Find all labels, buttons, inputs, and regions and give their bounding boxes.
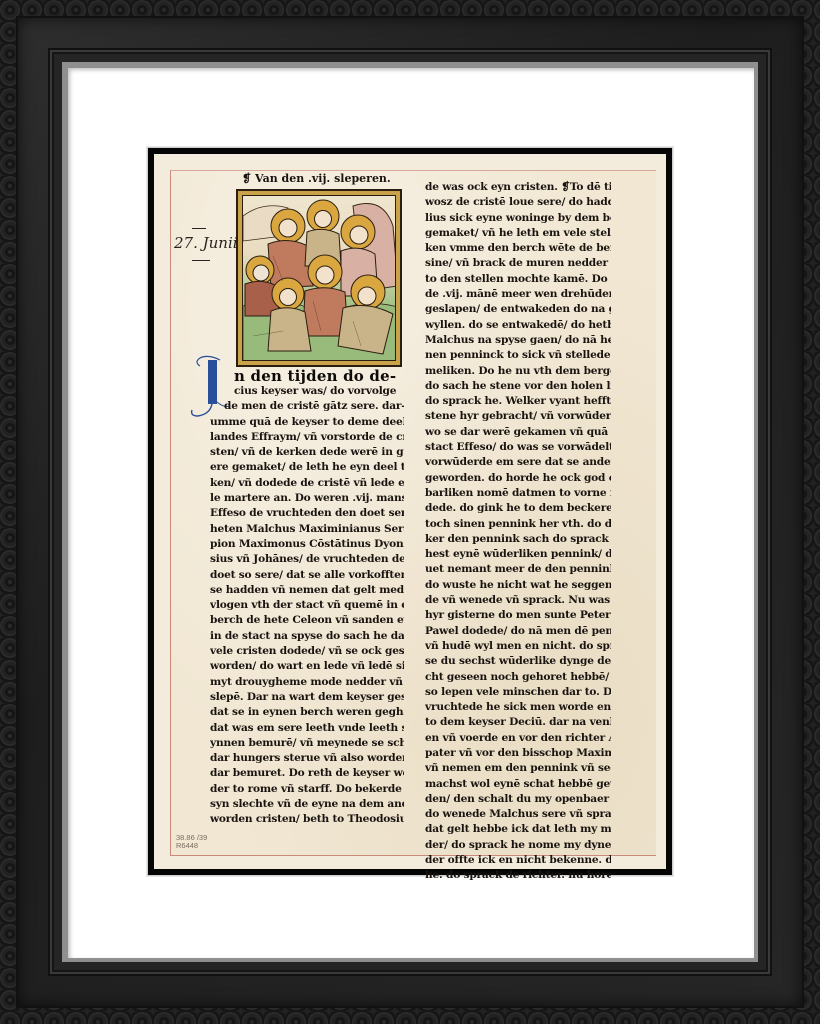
text-line: der offte ick en nicht bekenne. dat dede [425,853,611,868]
left-text-column: cius keyser was/ do vorvolge de men de c… [218,384,404,828]
text-line: se hadden vñ nemen dat gelt mede vñ [210,583,404,598]
marginal-stroke [192,228,206,229]
text-line: vorwūderde em sere dat se anders was [425,455,611,470]
text-line: vlogen vth der stact vñ quemē in eynē [210,598,404,613]
text-line: dat was em sere leeth vnde leeth se dar [210,721,404,736]
text-line: toch sinen pennink her vth. do de bec- [425,517,611,532]
text-line: pion Maximonus Cōstātinus Dyoni [210,537,404,552]
text-line: der/ do sprack he nome my dynen va- [425,838,611,853]
text-line: ken vmme den berch wēte de berch was [425,241,611,256]
text-line: heten Malchus Maximinianus Sera [210,522,404,537]
right-text-column: de was ock eyn cristen. ❡To dē tijdē wos… [425,180,611,884]
text-line: do wenede Malchus sere vñ sprack. [425,807,611,822]
marginal-underline [192,260,210,261]
text-line: geworden. do horde he ock god open- [425,471,611,486]
text-line: le martere an. Do weren .vij. mans in [210,491,404,506]
text-line: gemaket/ vñ he leth em vele stelle ma- [425,226,611,241]
text-line: machst wol eynē schat hebbē gevun- [425,777,611,792]
shelfmark-line: R6448 [176,842,207,850]
text-line: Malchus na spyse gaen/ do nā he ey- [425,333,611,348]
text-line: pater vñ vor den bisschop Maximum [425,746,611,761]
text-line: den/ den schalt du my openbaer doen/ [425,792,611,807]
text-line: do wuste he nicht wat he seggen schol [425,578,611,593]
text-line: hyr gisterne do men sunte Peter vnde [425,608,611,623]
text-line: geslapen/ de entwakeden do na godes [425,302,611,317]
marginal-date-note: 27. Junii. [174,234,242,252]
text-line: de men de cristē gātz sere. dar- [218,399,404,414]
shelfmark: 38.86 /39 R6448 [176,834,207,850]
text-line: to dem keyser Deciū. dar na venk men [425,715,611,730]
text-line: uet nemant meer de den pennink kent. [425,562,611,577]
text-line: worden cristen/ beth to Theodosium/ [210,812,404,827]
text-line: dede. do gink he to dem beckere vnde [425,501,611,516]
text-line: wo se dar werē gekamen vñ quā in de [425,425,611,440]
text-line: wosz de cristē loue sere/ do hadde Ta [425,195,611,210]
text-line: ker den pennink sach do sprack he. du [425,532,611,547]
text-line: sius vñ Johānes/ de vruchteden den [210,552,404,567]
text-line: syn slechte vñ de eyne na dem anderen [210,797,404,812]
text-line: berch de hete Celeon vñ sanden eynē [210,613,404,628]
text-line: se du sechst wūderlike dynge de wy ni [425,654,611,669]
text-line: landes Effraym/ vñ vorstorde de cri- [210,430,404,445]
text-line: myt drouygheme mode nedder vñ ent [210,675,404,690]
seven-sleepers-image [243,196,396,361]
text-line: ken/ vñ dodede de cristē vñ lede en ve [210,476,404,491]
text-line: sine/ vñ brack de muren nedder datmē [425,256,611,271]
opening-line: n den tijden do de- [234,367,396,385]
text-line: do sach he stene vor den holen liggen. [425,379,611,394]
text-line: ere gemaket/ de leth he eyn deel to bre [210,460,404,475]
text-line: dar hungers sterue vñ also worden se [210,751,404,766]
text-line: doet so sere/ dat se alle vorkofften wat [210,568,404,583]
woodcut-illustration [236,189,402,367]
text-line: he. do sprack de richter. nu hore ik wol [425,868,611,883]
text-line: vñ hudē wyl men en nicht. do spreken [425,639,611,654]
text-line: nen penninck to sick vñ stellede sick er [425,348,611,363]
text-line: in de stact na spyse do sach he dat men [210,629,404,644]
text-line: do sprack he. Welker vyant hefft dusse [425,394,611,409]
text-line: dar bemuret. Do reth de keyser wed- [210,766,404,781]
text-line: de was ock eyn cristen. ❡To dē tijdē [425,180,611,195]
text-line: dat gelt hebbe ick dat leth my myn va [425,822,611,837]
text-line: dat se in eynen berch weren geghaen. [210,705,404,720]
text-line: Pawel dodede/ do nā men dē peninck [425,624,611,639]
text-line: slepē. Dar na wart dem keyser gesecht [210,690,404,705]
text-line: de vñ wenede vñ sprack. Nu was ick [425,593,611,608]
text-line: umme quā de keyser to deme deele des [210,415,404,430]
text-line: wyllen. do se entwakedē/ do hethen se [425,318,611,333]
text-line: der to rome vñ starff. Do bekerde sick [210,782,404,797]
text-line: vele cristen dodede/ vñ se ock gesocht [210,644,404,659]
picture-frame: 27. Junii. ❡ Van den .vij. sleperen. [0,0,820,1024]
chapter-heading: ❡ Van den .vij. sleperen. [242,172,391,185]
text-line: to den stellen mochte kamē. Do haddē [425,272,611,287]
text-line: cius keyser was/ do vorvolge [218,384,404,399]
text-line: lius sick eyne woninge by dem berghe [425,211,611,226]
text-line: so lepen vele minschen dar to. Do be- [425,685,611,700]
text-line: stene hyr gebracht/ vñ vorwūderde en [425,409,611,424]
text-line: en vñ voerde en vor den richter Anti [425,731,611,746]
text-line: de .vij. mānē meer wen drehūdert iar [425,287,611,302]
text-line: worden/ do wart en lede vñ ledē sick [210,659,404,674]
text-line: cht geseen noch gehoret hebbē/ vñ al- [425,670,611,685]
text-line: ynnen bemurē/ vñ meynede se scholdē [210,736,404,751]
text-line: hest eynē wūderliken pennink/ dar le- [425,547,611,562]
woodcut-scene [242,195,396,361]
text-line: barliken nomē datmen to vorne nicht [425,486,611,501]
text-line: vruchtede he sick men worde en vork [425,700,611,715]
text-line: Effeso de vruchteden den doet sere/ de [210,506,404,521]
text-line: stact Effeso/ do was se vorwādelt des [425,440,611,455]
text-line: meliken. Do he nu vth dem berge gink [425,364,611,379]
text-line: vñ nemen em den pennink vñ sedē du [425,761,611,776]
text-line: sten/ vñ de kerken dede werē in godes [210,445,404,460]
